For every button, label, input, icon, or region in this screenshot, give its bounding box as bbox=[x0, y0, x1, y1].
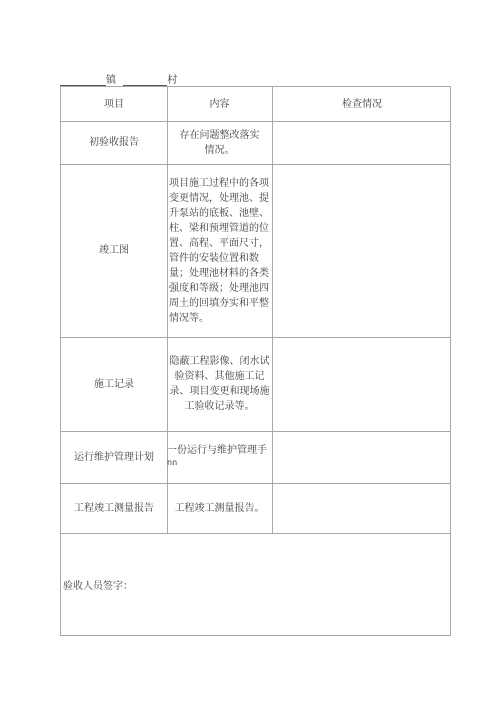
item-cell: 施工记录 bbox=[61, 337, 167, 431]
content-cell: 存在问题整改落实情况。 bbox=[167, 121, 272, 164]
content-cell: 隐蔽工程影像、闭水试验资料、其他施工记录、项目变更和现场施工验收记录等。 bbox=[167, 337, 272, 431]
signature-label: 验收人员签字： bbox=[63, 577, 133, 592]
item-cell: 初验收报告 bbox=[61, 121, 167, 164]
check-cell[interactable] bbox=[272, 337, 452, 431]
header-item: 项目 bbox=[61, 87, 167, 121]
acceptance-table: 项目 内容 检查情况 初验收报告 存在问题整改落实情况。 竣工图 项目施工过程中… bbox=[60, 86, 451, 636]
check-cell[interactable] bbox=[272, 121, 452, 164]
item-cell: 工程竣工测量报告 bbox=[61, 483, 167, 533]
row-divider bbox=[61, 533, 450, 534]
item-cell: 运行维护管理计划 bbox=[61, 431, 167, 483]
content-tail: nn bbox=[167, 457, 177, 469]
check-cell[interactable] bbox=[272, 164, 452, 337]
check-cell[interactable] bbox=[272, 483, 452, 533]
content-cell: 项目施工过程中的各项变更情况，处理池、提升泵站的底板、池壁、柱、梁和预埋管道的位… bbox=[167, 164, 272, 337]
content-cell: 一份运行与维护管理手 nn bbox=[167, 431, 272, 483]
header-content: 内容 bbox=[167, 87, 272, 121]
town-village-header: 镇 村 bbox=[60, 71, 177, 86]
town-blank[interactable] bbox=[60, 75, 106, 86]
village-blank[interactable] bbox=[123, 75, 167, 86]
check-cell[interactable] bbox=[272, 431, 452, 483]
header-check: 检查情况 bbox=[272, 87, 452, 121]
village-label: 村 bbox=[167, 75, 177, 86]
content-text: 一份运行与维护管理手 bbox=[167, 445, 267, 457]
town-label: 镇 bbox=[106, 75, 116, 86]
item-cell: 竣工图 bbox=[61, 164, 167, 337]
content-cell: 工程竣工测量报告。 bbox=[167, 483, 272, 533]
